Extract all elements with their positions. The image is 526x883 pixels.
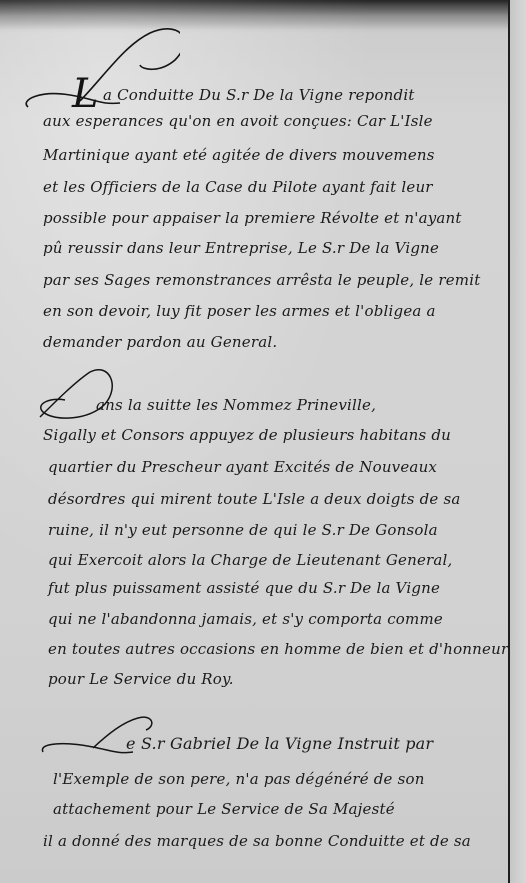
- paragraph-initial: L: [72, 74, 99, 114]
- text-line: Sigally et Consors appuyez de plusieurs …: [43, 426, 451, 444]
- text-line: pû reussir dans leur Entreprise, Le S.r …: [43, 239, 439, 257]
- text-line: l'Exemple de son pere, n'a pas dégénéré …: [53, 770, 425, 788]
- text-line: en toutes autres occasions en homme de b…: [48, 640, 508, 658]
- text-line: quartier du Prescheur ayant Excités de N…: [48, 458, 437, 476]
- text-line: a Conduitte Du S.r De la Vigne repondit: [103, 86, 415, 104]
- text-line: qui ne l'abandonna jamais, et s'y compor…: [48, 610, 443, 628]
- text-line: il a donné des marques de sa bonne Condu…: [43, 832, 471, 850]
- text-line: attachement pour Le Service de Sa Majest…: [53, 800, 395, 818]
- text-line: et les Officiers de la Case du Pilote ay…: [43, 178, 433, 196]
- margin-rule-line: [508, 0, 510, 883]
- text-line: Martinique ayant eté agitée de divers mo…: [43, 146, 435, 164]
- text-line: fut plus puissament assisté que du S.r D…: [48, 579, 440, 597]
- text-line: ruine, il n'y eut personne de qui le S.r…: [48, 521, 438, 539]
- manuscript-text: L a Conduitte Du S.r De la Vigne repondi…: [0, 0, 508, 883]
- text-line: par ses Sages remonstrances arrêsta le p…: [43, 271, 480, 289]
- text-line: demander pardon au General.: [43, 333, 277, 351]
- text-line: ans la suitte les Nommez Prineville,: [96, 396, 376, 414]
- text-line: qui Exercoit alors la Charge de Lieutena…: [48, 551, 453, 569]
- text-line: désordres qui mirent toute L'Isle a deux…: [48, 490, 460, 508]
- text-line: pour Le Service du Roy.: [48, 670, 234, 688]
- text-line: possible pour appaiser la premiere Révol…: [43, 209, 462, 227]
- page-edge: [510, 0, 526, 883]
- text-line: e S.r Gabriel De la Vigne Instruit par: [126, 734, 433, 753]
- text-line: aux esperances qu'on en avoit conçues: C…: [43, 112, 433, 130]
- text-line: en son devoir, luy fit poser les armes e…: [43, 302, 436, 320]
- manuscript-page: L a Conduitte Du S.r De la Vigne repondi…: [0, 0, 526, 883]
